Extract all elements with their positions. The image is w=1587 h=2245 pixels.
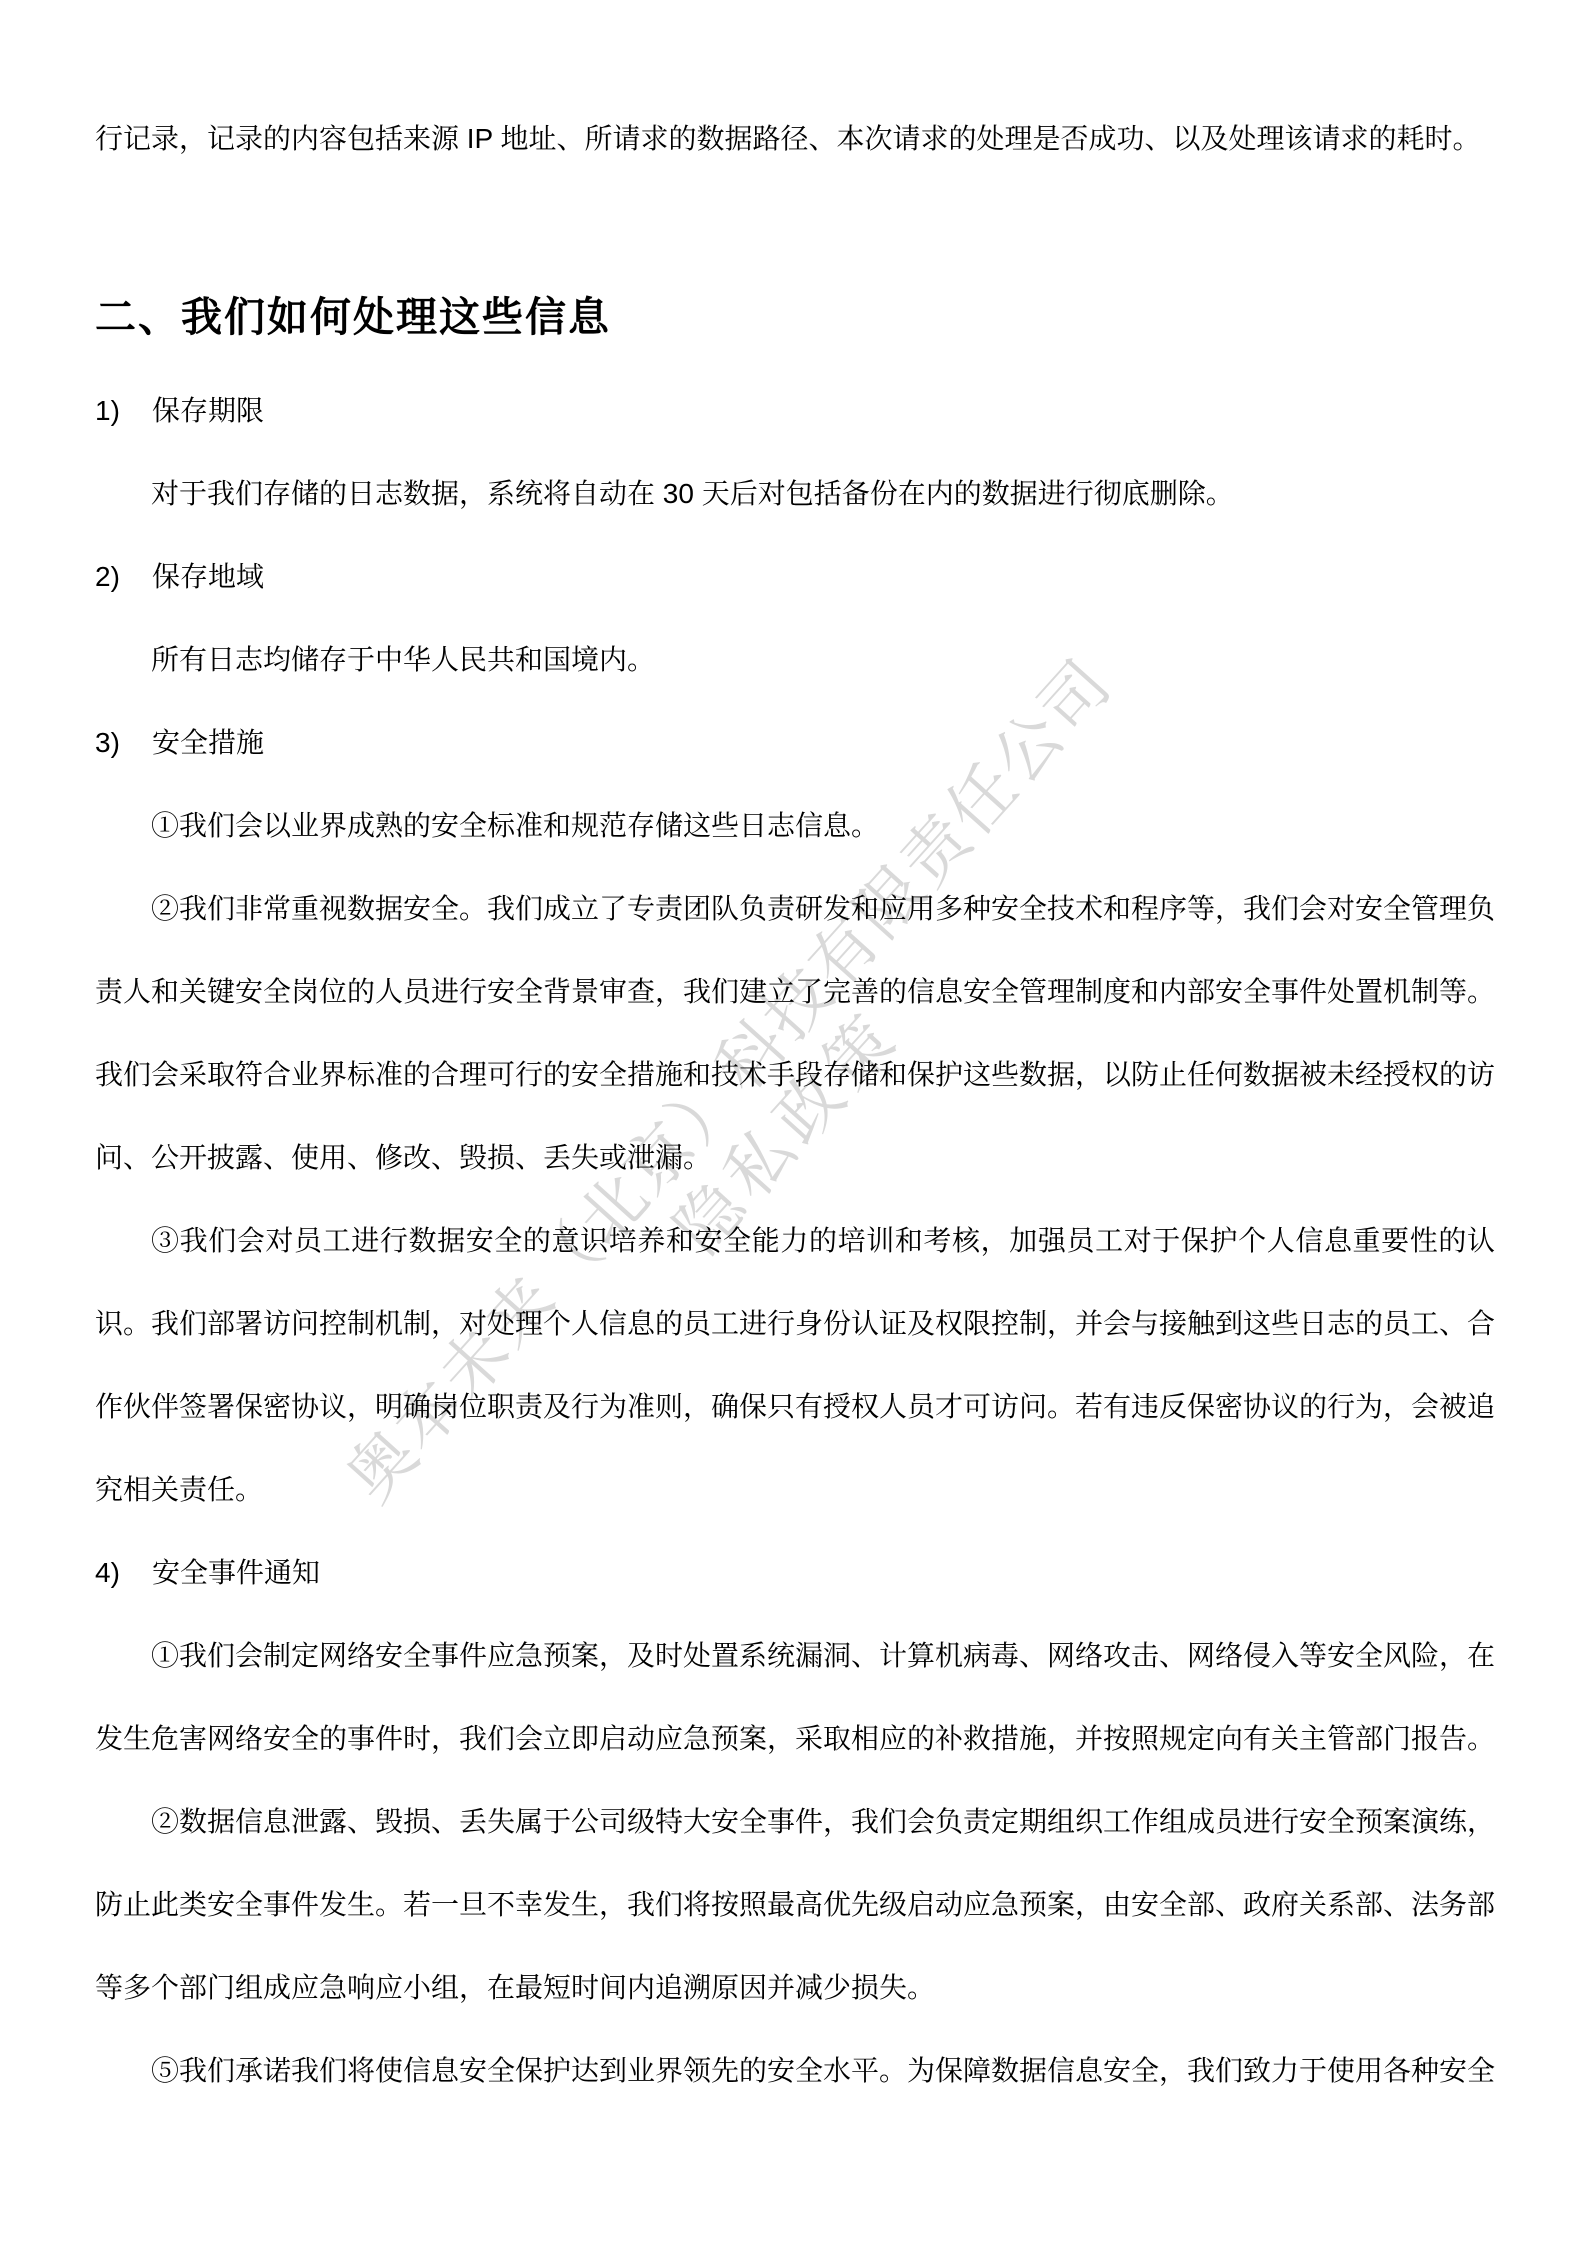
document-page: { "doc": { "intro": "行记录，记录的内容包括来源 IP 地址… bbox=[0, 0, 1587, 2245]
item-number: 2) bbox=[95, 535, 152, 618]
item-number: 4) bbox=[95, 1531, 152, 1614]
document-body: 行记录，记录的内容包括来源 IP 地址、所请求的数据路径、本次请求的处理是否成功… bbox=[95, 0, 1495, 2112]
list-item-title: 2) 保存地域 bbox=[95, 535, 1495, 618]
list-item-storage-region: 2) 保存地域 所有日志均储存于中华人民共和国境内。 bbox=[95, 535, 1495, 701]
list-item-title: 1) 保存期限 bbox=[95, 369, 1495, 452]
item-title-text: 安全措施 bbox=[152, 701, 264, 784]
list-item-security-incident-notice: 4) 安全事件通知 ①我们会制定网络安全事件应急预案，及时处置系统漏洞、计算机病… bbox=[95, 1531, 1495, 2112]
paragraph: ①我们会以业界成熟的安全标准和规范存储这些日志信息。 bbox=[95, 784, 1495, 867]
item-title-text: 安全事件通知 bbox=[152, 1531, 320, 1614]
list-item-title: 3) 安全措施 bbox=[95, 701, 1495, 784]
paragraph: 对于我们存储的日志数据，系统将自动在 30 天后对包括备份在内的数据进行彻底删除… bbox=[95, 452, 1495, 535]
list-item-security-measures: 3) 安全措施 ①我们会以业界成熟的安全标准和规范存储这些日志信息。 ②我们非常… bbox=[95, 701, 1495, 1531]
item-title-text: 保存期限 bbox=[152, 369, 264, 452]
list-item-title: 4) 安全事件通知 bbox=[95, 1531, 1495, 1614]
item-number: 3) bbox=[95, 701, 152, 784]
paragraph: ①我们会制定网络安全事件应急预案，及时处置系统漏洞、计算机病毒、网络攻击、网络侵… bbox=[95, 1614, 1495, 1780]
section-heading: 二、我们如何处理这些信息 bbox=[95, 276, 1495, 359]
paragraph: ⑤我们承诺我们将使信息安全保护达到业界领先的安全水平。为保障数据信息安全，我们致… bbox=[95, 2029, 1495, 2112]
paragraph: ③我们会对员工进行数据安全的意识培养和安全能力的培训和考核，加强员工对于保护个人… bbox=[95, 1199, 1495, 1531]
list-item-retention-period: 1) 保存期限 对于我们存储的日志数据，系统将自动在 30 天后对包括备份在内的… bbox=[95, 369, 1495, 535]
continued-paragraph: 行记录，记录的内容包括来源 IP 地址、所请求的数据路径、本次请求的处理是否成功… bbox=[95, 97, 1495, 180]
paragraph: ②我们非常重视数据安全。我们成立了专责团队负责研发和应用多种安全技术和程序等，我… bbox=[95, 867, 1495, 1199]
item-number: 1) bbox=[95, 369, 152, 452]
item-title-text: 保存地域 bbox=[152, 535, 264, 618]
paragraph: 所有日志均储存于中华人民共和国境内。 bbox=[95, 618, 1495, 701]
paragraph: ②数据信息泄露、毁损、丢失属于公司级特大安全事件，我们会负责定期组织工作组成员进… bbox=[95, 1780, 1495, 2029]
